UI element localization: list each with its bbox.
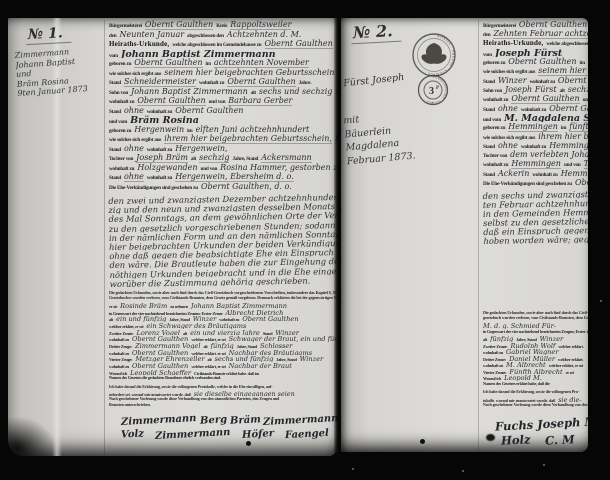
printed-small-text: Nach geschehener Vorlesung wurde diese V… xyxy=(483,402,588,407)
printed-form-text: und von xyxy=(209,99,226,105)
form-line: altein und fünfzigJahre, StandWinzerwohn… xyxy=(109,315,338,322)
printed-form-text: Stand xyxy=(109,147,121,153)
handwritten-entry: Hergenwein, Ebersheim d. o. xyxy=(175,172,294,182)
handwritten-entry: Winzer xyxy=(193,315,217,322)
form-line: und vomM. Magdalena Schmied xyxy=(483,113,588,122)
handwritten-entry: Leopold Schaeffer xyxy=(130,369,191,376)
handwritten-entry: Holzgewanden xyxy=(137,163,197,173)
printed-form-text: alt xyxy=(208,357,212,362)
form-line: Dritter Zeuge:Zimmermann Vogelaltfünfzig… xyxy=(109,342,338,349)
fee-value: 3 xyxy=(429,86,434,97)
form-line: in Gegenwart der vier nachstehend bezeic… xyxy=(109,309,338,316)
printed-form-text: er sie xyxy=(109,304,117,309)
printed-form-text: Jahre. xyxy=(299,80,312,86)
handwritten-entry: Rosinde Bräm xyxy=(120,302,167,309)
form-line: Standohnewohnhaft zuHergenwein, xyxy=(109,144,338,154)
form-line: Zweiter Zeuge:Lorenz Vogelaltein und vie… xyxy=(109,329,338,336)
printed-form-text: in Gegenwart der vier nachstehend bezeic… xyxy=(483,329,588,334)
form-line: wie solches sich ergibt ausseinem hier b… xyxy=(109,68,338,78)
handwritten-entry: Obernt Gaulthen xyxy=(132,335,188,342)
printed-form-text: Namen des Gesetzes erklärt habe, daß die xyxy=(483,381,550,386)
form-line: Beamten unterschrieben. xyxy=(109,402,338,408)
printed-form-text: wohnhaft zu xyxy=(109,364,129,369)
printed-form-text: wohnhaft zu xyxy=(109,337,129,342)
handwritten-entry: Obernt Gaulthen xyxy=(549,104,588,113)
signatures-block: Fuchs Joseph MHolzC. M xyxy=(483,417,588,449)
handwritten-entry: ohne xyxy=(124,172,144,182)
signature: Zimmermann xyxy=(263,413,338,428)
handwritten-entry: Barbara Gerber xyxy=(228,96,292,106)
form-line: Sohn vonJohann Baptist Zimmermannaltsech… xyxy=(109,87,338,97)
form-line: gesetzbuch wurden verlesen, vom Civilsta… xyxy=(483,315,588,320)
handwritten-entry: Hemmingen xyxy=(508,122,558,131)
handwritten-entry: ein und fünfzig xyxy=(116,315,166,322)
signatures-block: ZimmermannBergBrämZimmermannVolzZimmerma… xyxy=(109,415,338,443)
printed-form-text: Namen des Gesetzes die gedachten Brautle… xyxy=(109,375,221,380)
printed-form-text: wohnhaft zu xyxy=(483,162,508,168)
printed-form-text: wohnhaft zu xyxy=(147,175,172,181)
form-line: er sieRosinde Brämzu nehmenJohann Baptis… xyxy=(109,302,338,309)
handwritten-entry: Joseph Fürst xyxy=(505,85,557,94)
handwritten-entry: Obernt Gaulthen xyxy=(134,58,202,68)
form-line: und vomBräm Rosina xyxy=(109,115,338,125)
printed-form-text: vom xyxy=(109,53,118,59)
handwritten-entry: achtzehnten November xyxy=(214,58,309,68)
handwritten-entry: dem verlebten Johann Schmied xyxy=(510,150,588,159)
announcement-paragraph: den sechs und zwanzigsten Januar und den… xyxy=(483,189,588,245)
form-line: Standohnewohnhaft zuHergenwein, Ebershei… xyxy=(109,172,338,182)
printed-form-text: geboren zu xyxy=(483,125,505,131)
handwritten-entry: Metzger Ehrenzeller xyxy=(135,355,204,362)
handwritten-entry: Rappoltsweiler xyxy=(230,20,291,30)
printed-form-text: Vierter Zeuge: xyxy=(483,370,506,375)
form-line: Standohnewohnhaft zuObernt Gaulthen xyxy=(483,104,588,113)
handwritten-entry: sechs und sechzig xyxy=(259,87,332,97)
form-line: geboren zuHemmingenimfünften xyxy=(483,122,588,131)
printed-form-text: wohnhaft zu xyxy=(532,172,557,178)
form-line: geboren zuObernt Gaulthenimdreißigsten xyxy=(483,57,588,66)
printed-small-text: Nach geschehener Vorlesung wurde diese V… xyxy=(109,396,279,401)
handwritten-entry: ohne xyxy=(124,144,144,154)
signature: Fuchs Joseph M xyxy=(495,414,588,433)
printed-form-text: im xyxy=(187,128,192,134)
form-line: wohnhaft zuHemmingenund vonTheresia xyxy=(483,159,588,168)
handwritten-entry: Joseph Fürst xyxy=(495,48,562,57)
form-line: HolzC. M xyxy=(483,433,588,449)
form-line: Die Ehe-Verkündigungen sind geschehen zu… xyxy=(483,178,588,187)
printed-form-text: Zweiter Zeuge: xyxy=(109,331,133,336)
handwritten-entry: Obernt Gaulthen xyxy=(265,39,333,49)
legal-paragraph: Die gedachten Urkunden, sowie aber auch … xyxy=(483,310,588,320)
handwritten-entry: M. Magdalena Schmied xyxy=(504,113,588,122)
printed-form-text: Stand xyxy=(109,109,121,115)
printed-form-text: Vierter Zeuge: xyxy=(109,357,132,362)
handwritten-entry: Ackerin xyxy=(498,169,529,178)
printed-form-text: im xyxy=(580,60,585,66)
handwritten-entry: Bräm Rosina xyxy=(130,115,199,125)
handwritten-entry: ihrem hier beigebrachten Geburtsschein, xyxy=(164,134,332,144)
signature: Bräm xyxy=(229,415,260,428)
handwritten-entry: Lorenz Vogel xyxy=(136,329,180,336)
printed-form-text: geboren zu xyxy=(483,60,505,66)
printed-form-text: Sohn von xyxy=(483,88,502,94)
printed-form-text: wohnhaft zu xyxy=(521,144,546,150)
signature: Höfer xyxy=(242,428,275,441)
form-line: wohnhaft zuObernt Gaulthenund vonBarbara… xyxy=(109,96,338,106)
printed-small-text: Ich habe darauf die Erklärung, sowie die… xyxy=(483,389,579,394)
handwritten-entry: sechs und fünfzig xyxy=(215,355,274,362)
printed-form-text: wohnhaft zu xyxy=(483,97,508,103)
ink-blot xyxy=(486,434,495,441)
handwritten-entry: sechzig xyxy=(199,153,229,163)
handwritten-entry: Rosina Hammer, gestorben zu Hergenwein xyxy=(220,163,338,173)
printed-form-text: wohnhaft zu xyxy=(147,109,172,115)
dust-speck xyxy=(543,464,545,466)
handwritten-entry: Neunten Januar xyxy=(119,30,184,40)
handwritten-entry: fünfzig xyxy=(211,342,234,349)
form-line: Heiraths-Urkunde,welche abgeschlossen im… xyxy=(483,39,588,48)
closing-block: Ich habe darauf die Erklärung, sowie die… xyxy=(109,384,338,407)
form-line: wohnhaft zuObernt Gaulthenund vonM. xyxy=(483,94,588,103)
signature: Holz xyxy=(500,432,530,448)
handwritten-entry: Winzer xyxy=(300,355,324,362)
form-line: denZehnten Februar achtzehnhundert xyxy=(483,29,588,38)
form-line: Standohnewohnhaft zuObernt Gaulthen xyxy=(109,106,338,116)
printed-form-text: wie solches sich ergibt aus xyxy=(109,137,161,143)
printed-form-text: wie solches sich ergibt aus xyxy=(483,135,535,141)
corner-shadow xyxy=(8,416,56,456)
printed-form-text: wohnhaft zu xyxy=(483,363,503,368)
handwritten-entry: Hemmingen xyxy=(511,159,561,168)
handwritten-entry: Winzer xyxy=(498,76,527,85)
dust-speck xyxy=(600,300,602,302)
handwritten-entry: Hemmingen xyxy=(549,141,588,150)
printed-form-text: wohnhaft zu xyxy=(530,79,555,85)
handwritten-entry: Schlosser xyxy=(260,342,292,349)
handwritten-entry: fünften xyxy=(569,122,588,131)
handwritten-entry: Obernt xyxy=(575,178,588,187)
printed-form-text: und von xyxy=(564,162,581,168)
printed-small-text: Beamten unterschrieben. xyxy=(109,402,151,407)
form-line: wie solches sich ergibt ausseinem hier b… xyxy=(483,66,588,75)
printed-form-text: Stand xyxy=(483,79,495,85)
form-line: vomJohann Baptist Zimmermann xyxy=(109,49,338,59)
handwritten-entry: Zehnten Februar achtzehnhundert xyxy=(493,29,588,38)
closing-block: Ich habe darauf die Erklärung, sowie die… xyxy=(483,389,588,409)
form-header-and-parties: BürgermeistereiObernt GaulthenKreisRappo… xyxy=(109,20,338,191)
handwritten-entry: ihrem hier beigebrachten xyxy=(538,132,588,141)
form-line: Gesetzbuches wurden verlesen, vom Civils… xyxy=(109,295,338,300)
printed-form-text: wohnhaft zu xyxy=(521,107,546,113)
form-line: wie solches sich ergibt ausihrem hier be… xyxy=(109,134,338,144)
printed-form-text: alt xyxy=(251,90,256,96)
printed-form-text: Kreis xyxy=(216,23,227,29)
handwritten-entry: Obernt Gaulthen xyxy=(519,20,587,29)
printed-form-text: und von xyxy=(583,97,588,103)
handwritten-entry: Hergenwein, xyxy=(175,144,227,154)
printed-small-text: Gesetzbuches wurden verlesen, vom Civils… xyxy=(109,295,338,300)
signature: Zimmermann xyxy=(155,427,231,442)
record-1-margin: № 1. ZimmermannJohann BaptistundBräm Ros… xyxy=(12,22,102,452)
handwritten-entry: Hemmingen xyxy=(561,169,588,178)
form-line: vomJoseph Fürst xyxy=(483,48,588,57)
printed-form-text: und von xyxy=(201,166,218,172)
form-line: StandSchneidermeisterwohnhaft zuObernt G… xyxy=(109,77,338,87)
margin-notes-2: mitBäuerleinMagdalenaFebruar 1873. xyxy=(343,105,473,170)
form-line: welcher erklärt, er seiein Schwager des … xyxy=(109,322,338,329)
handwritten-entry: ohne xyxy=(498,141,518,150)
printed-form-text: Die Ehe-Verkündigungen sind geschehen zu xyxy=(109,185,198,191)
right-page: № 2. · KÖNIGL · PREUSS · STEMPEL · Fürst… xyxy=(341,18,588,452)
printed-form-text: wie solches sich ergibt aus xyxy=(483,69,535,75)
handwritten-entry: ein und vierzig Jahre xyxy=(190,329,260,336)
printed-small-text: gesetzbuch wurden verlesen, vom Civilsta… xyxy=(483,315,588,320)
printed-form-text: abgeschlossen den xyxy=(187,33,224,39)
handwritten-entry: Schneidermeister xyxy=(124,77,196,87)
handwritten-entry: ein Schwager des Bräutigams xyxy=(146,322,246,329)
handwritten-entry: Zimmermann Vogel xyxy=(135,342,200,349)
printed-form-text: Dritter Zeuge: xyxy=(483,357,506,362)
form-line: wohnhaft zuObernt Gaulthenwelcher erklär… xyxy=(109,335,338,342)
printed-form-text: Jahre, Stand xyxy=(232,156,258,162)
printed-form-text: den xyxy=(109,33,116,39)
printed-form-text: Dritter Zeuge: xyxy=(109,344,132,349)
handwritten-entry: ohne xyxy=(124,106,144,116)
handwritten-entry: Johann Baptist Zimmermann xyxy=(191,302,287,309)
form-line: Namen des Gesetzes erklärt habe, daß die xyxy=(483,381,588,388)
handwritten-entry: Obernt Gaulthen xyxy=(175,106,243,116)
printed-heading: Heiraths-Urkunde, xyxy=(109,40,169,48)
printed-form-text: Stand xyxy=(109,175,121,181)
punch-hole xyxy=(246,441,251,446)
form-line: BürgermeistereiObernt Gaulthen xyxy=(483,20,588,29)
printed-form-text: und vom xyxy=(109,119,127,125)
handwritten-entry: Joseph Bräm xyxy=(136,153,188,163)
handwritten-entry: Johann Baptist Zimmermann xyxy=(131,87,248,97)
form-line: StandWinzerwohnhaft zuObernt Gaulthen xyxy=(483,76,588,85)
printed-form-text: wohnhaft zu xyxy=(199,80,224,86)
handwritten-entry: Obernt Gaulthen xyxy=(137,96,205,106)
form-line: Nach geschehener Vorlesung wurde diese V… xyxy=(483,402,588,409)
printed-form-text: welcher erklärt, xyxy=(558,344,583,349)
document-scan: № 1. ZimmermannJohann BaptistundBräm Ros… xyxy=(0,0,610,480)
printed-form-text: Tochter von xyxy=(109,156,133,162)
handwritten-entry: Obernt Gaulthen xyxy=(227,77,295,87)
witness-block: er sieRosinde Brämzu nehmenJohann Baptis… xyxy=(109,302,338,382)
form-line: Tochter vondem verlebten Johann Schmied xyxy=(483,150,588,159)
handwritten-entry: Winzer xyxy=(275,329,299,336)
printed-form-text: und vom xyxy=(483,117,501,122)
form-line: denNeunten Januarabgeschlossen denAchtze… xyxy=(109,30,338,40)
form-line: wohnhaft zuObernt Gaulthenwelcher erklär… xyxy=(109,349,338,356)
form-line: Heiraths-Urkunde,welche abgeschlossen im… xyxy=(109,39,338,49)
margin-notes-1: ZimmermannJohann BaptistundBräm Rosina9t… xyxy=(14,45,103,98)
printed-heading: Heiraths-Urkunde, xyxy=(483,39,543,47)
printed-form-text: alt xyxy=(483,337,487,342)
handwritten-entry: ohne xyxy=(498,104,518,113)
printed-form-text: wohnhaft zu xyxy=(483,350,503,355)
record-number-2: № 2. xyxy=(350,21,401,45)
printed-form-text: im xyxy=(561,125,566,131)
record-1-form: BürgermeistereiObernt GaulthenKreisRappo… xyxy=(104,20,338,454)
form-line: geboren zuObernt Gaulthenimachtzehnten N… xyxy=(109,58,338,68)
form-header-and-parties: BürgermeistereiObernt GaulthendenZehnten… xyxy=(483,20,588,187)
form-line: Vierter Zeuge:Metzger Ehrenzelleraltsech… xyxy=(109,355,338,362)
margin-note: mit xyxy=(343,114,360,126)
dust-speck xyxy=(352,468,354,470)
handwritten-entry: seinem hier beigebrachten Geburtsschein xyxy=(164,68,334,78)
form-line: Fuchs Joseph M xyxy=(483,417,588,433)
handwritten-entry: Obernt Gaulthen xyxy=(132,349,188,356)
printed-form-text: im xyxy=(206,61,211,67)
revenue-stamp: 3 P + SILBERGROSCHEN · STEMPEL · xyxy=(417,74,449,106)
form-line: BürgermeistereiObernt GaulthenKreisRappo… xyxy=(109,20,338,30)
form-line: Sohn vonJoseph Fürstaltsechzig xyxy=(483,85,588,94)
printed-form-text: Zweiter Zeuge: xyxy=(483,344,507,349)
signature: Zimmermann xyxy=(121,413,197,428)
handwritten-entry: seinem hier beigebrachten xyxy=(538,66,588,75)
handwritten-entry: Obernt Gaulthen, d. o. xyxy=(201,182,292,192)
form-line: wohnhaft zuObernt Gaulthenwelcher erklär… xyxy=(109,362,338,369)
form-line: Worauf ichLeopold SchaefferCivilstands-B… xyxy=(109,369,338,376)
handwritten-entry: Obernt Gaulthen xyxy=(145,20,213,30)
handwritten-entry: Ackersmann xyxy=(261,153,311,163)
printed-form-text: Stand xyxy=(483,107,495,113)
printed-form-text: er sei xyxy=(566,370,574,375)
margin-note: und xyxy=(16,69,32,79)
eagle-emblem xyxy=(422,43,447,64)
handwritten-entry: Obernt Gaulthen xyxy=(511,94,579,103)
handwritten-entry: Obernt Gaulthen xyxy=(558,76,588,85)
handwritten-entry: Albrecht Dietrich xyxy=(225,309,283,316)
printed-form-text: Die Ehe-Verkündigungen sind geschehen zu xyxy=(483,181,572,187)
blank-space xyxy=(483,244,588,306)
printed-form-text: alt xyxy=(203,344,207,349)
form-line: Standohnewohnhaft zuHemmingen xyxy=(483,141,588,150)
printed-form-text: zu nehmen xyxy=(170,304,188,309)
printed-form-text: wie solches sich ergibt aus xyxy=(109,71,161,77)
punch-hole xyxy=(420,439,425,444)
handwritten-entry: Obernt Gaulthen xyxy=(132,362,188,369)
fee-unit: P xyxy=(436,86,439,91)
handwritten-entry: Hergenwein xyxy=(134,125,184,135)
printed-form-text: welche abgeschlossen im Gemeindehause xyxy=(546,41,588,47)
printed-form-text: Stand xyxy=(483,172,495,178)
printed-form-text: geboren zu xyxy=(109,128,131,134)
handwritten-entry: Theresia xyxy=(584,159,588,168)
printed-form-text: Stand xyxy=(109,80,121,86)
handwritten-entry: Johann Baptist Zimmermann xyxy=(121,49,276,59)
form-line: wie solches sich ergibt ausihrem hier be… xyxy=(483,132,588,141)
handwritten-entry: Obernt Gaulthen xyxy=(242,315,298,322)
record-2-margin: № 2. · KÖNIGL · PREUSS · STEMPEL · Fürst… xyxy=(341,18,477,448)
dust-speck xyxy=(462,470,464,472)
printed-form-text: wohnhaft zu xyxy=(109,166,134,172)
printed-form-text: Bürgermeisterei xyxy=(483,23,516,29)
printed-form-text: geboren zu xyxy=(109,61,131,67)
record-2-form: BürgermeistereiObernt GaulthendenZehnten… xyxy=(478,20,588,450)
printed-form-text: Tochter von xyxy=(483,153,507,159)
announcement-paragraph: den zwei und zwanzigsten Dezember achtze… xyxy=(108,192,338,288)
handwritten-entry: Nachbar des Bräutigams xyxy=(229,349,312,356)
legal-paragraph: Die gedachten Urkunden, sowie aber auch … xyxy=(109,290,338,300)
handwritten-entry: sechzig xyxy=(568,85,588,94)
form-line: Die Ehe-Verkündigungen sind geschehen zu… xyxy=(109,182,338,192)
printed-form-text: Sohn von xyxy=(109,90,128,96)
handwritten-entry: Obernt Gaulthen xyxy=(508,57,576,66)
signature: Volz xyxy=(121,429,145,441)
form-line: Tochter vonJoseph BrämaltsechzigJahre, S… xyxy=(109,153,338,163)
form-line: StandAckerinwohnhaft zuHemmingen xyxy=(483,169,588,178)
form-line: VolzZimmermannHöferFaengel xyxy=(109,429,338,443)
form-line: geboren zuHergenweinimelften Juni achtze… xyxy=(109,125,338,135)
printed-form-text: welche abgeschlossen im Gemeindehause zu xyxy=(172,42,261,48)
printed-form-text: welcher erklärt, xyxy=(558,357,583,362)
printed-form-text: vom xyxy=(483,52,492,57)
form-line: wohnhaft zuHolzgewandenund vonRosina Ham… xyxy=(109,163,338,173)
printed-form-text: welcher erklärt, er sei xyxy=(191,364,225,369)
printed-form-text: wohnhaft zu xyxy=(109,99,134,105)
handwritten-entry: Nachbar der Braut xyxy=(229,362,292,369)
printed-form-text: alt xyxy=(191,156,196,162)
printed-form-text: wohnhaft zu xyxy=(147,147,172,153)
printed-form-text: alt xyxy=(109,317,113,322)
printed-form-text: alt xyxy=(560,88,565,94)
handwritten-entry: Achtzehnten d. M. xyxy=(227,30,301,40)
signature: Faengel xyxy=(285,428,329,441)
handwritten-entry: Schwager der Braut, ein und fünfzig xyxy=(229,335,338,342)
left-page: № 1. ZimmermannJohann BaptistundBräm Ros… xyxy=(8,18,338,456)
printed-form-text: Bürgermeisterei xyxy=(109,23,142,29)
printed-form-text: Stand xyxy=(483,144,495,150)
printed-form-text: den xyxy=(483,32,490,38)
signature: C. M xyxy=(544,432,574,448)
handwritten-entry: elften Juni achtzehnhundert xyxy=(195,125,309,135)
printed-form-text: wohnhaft zu xyxy=(109,351,129,356)
witness-block: M. d. g. Schmied Für-in Gegenwart der vi… xyxy=(483,322,588,387)
signature: Berg xyxy=(199,415,227,427)
printed-small-text: Ich habe darauf die Erklärung, sowie die… xyxy=(109,384,273,389)
form-line: Namen des Gesetzes die gedachten Brautle… xyxy=(109,375,338,382)
record-number-1: № 1. xyxy=(26,25,72,45)
